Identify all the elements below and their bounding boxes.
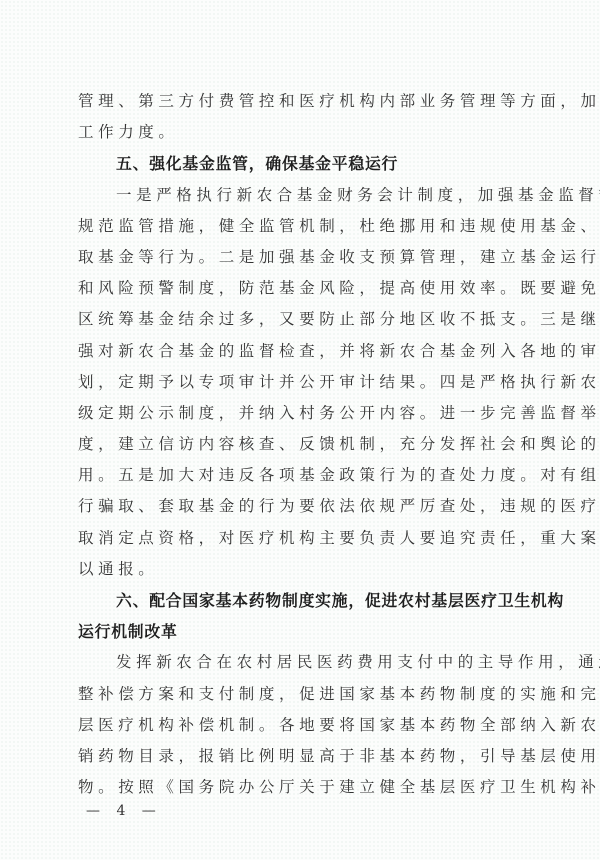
body-line: 和风险预警制度，防范基金风险，提高使用效率。既要避免部分地 [78, 273, 540, 304]
body-line: 划，定期予以专项审计并公开审计结果。四是严格执行新农合三 [78, 367, 540, 398]
body-line: 物。按照《国务院办公厅关于建立健全基层医疗卫生机构补偿机 [78, 772, 540, 803]
body-line: 行骗取、套取基金的行为要依法依规严厉查处，违规的医疗机构要 [78, 491, 540, 522]
section-heading-5: 五、强化基金监管，确保基金平稳运行 [78, 148, 540, 179]
body-line: 以通报。 [78, 554, 540, 585]
body-line: 度，建立信访内容核查、反馈机制，充分发挥社会和舆论的监督作 [78, 429, 540, 460]
body-line: 规范监管措施，健全监管机制，杜绝挪用和违规使用基金、骗取套 [78, 211, 540, 242]
body-line: 级定期公示制度，并纳入村务公开内容。进一步完善监督举报制 [78, 398, 540, 429]
body-line: 工作力度。 [78, 117, 540, 148]
body-line: 强对新农合基金的监督检查，并将新农合基金列入各地的审计计 [78, 336, 540, 367]
body-line: 取消定点资格，对医疗机构主要负责人要追究责任，重大案件要予 [78, 523, 540, 554]
body-line: 整补偿方案和支付制度，促进国家基本药物制度的实施和完善基 [78, 679, 540, 710]
section-heading-6: 六、配合国家基本药物制度实施，促进农村基层医疗卫生机构 [78, 585, 540, 616]
body-line: 销药物目录，报销比例明显高于非基本药物，引导基层使用基本药 [78, 741, 540, 772]
body-line: 区统筹基金结余过多，又要防止部分地区收不抵支。三是继续加 [78, 304, 540, 335]
body-line: 管理、第三方付费管控和医疗机构内部业务管理等方面，加大监管 [78, 86, 540, 117]
body-line: 发挥新农合在农村居民医药费用支付中的主导作用，通过调 [78, 647, 540, 678]
body-line: 层医疗机构补偿机制。各地要将国家基本药物全部纳入新农合报 [78, 710, 540, 741]
document-page: 管理、第三方付费管控和医疗机构内部业务管理等方面，加大监管 工作力度。 五、强化… [78, 86, 540, 803]
body-line: 取基金等行为。二是加强基金收支预算管理，建立基金运行分析 [78, 242, 540, 273]
page-number: — 4 — [86, 803, 162, 819]
body-line: 一是严格执行新农合基金财务会计制度，加强基金监督管理， [78, 180, 540, 211]
section-heading-6-cont: 运行机制改革 [78, 616, 540, 647]
body-line: 用。五是加大对违反各项基金政策行为的查处力度。对有组织进 [78, 460, 540, 491]
